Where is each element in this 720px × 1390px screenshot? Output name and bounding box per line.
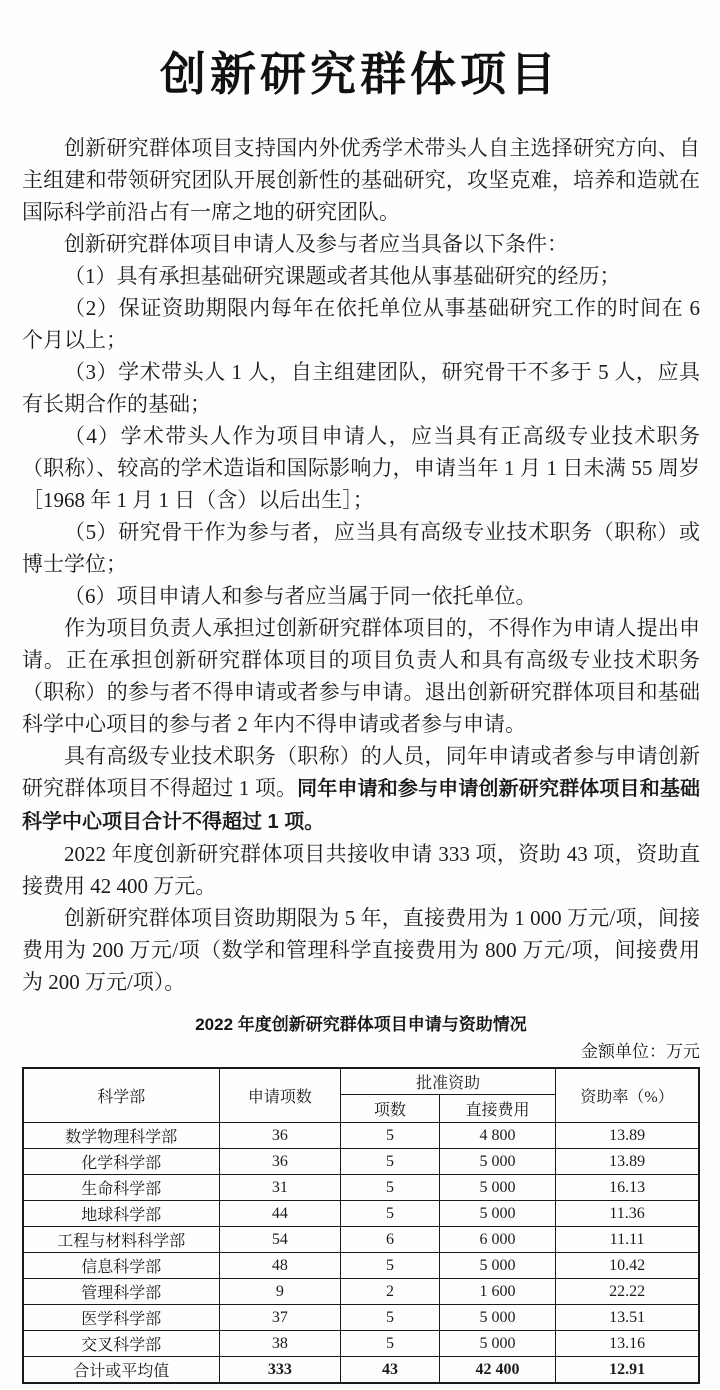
table-row-management-sciences: 管理科学部 9 2 1 600 22.22 <box>23 1279 699 1305</box>
paragraph-limit: 具有高级专业技术职务（职称）的人员，同年申请或者参与申请创新研究群体项目不得超过… <box>22 740 700 838</box>
paragraph-condition-6: （6）项目申请人和参与者应当属于同一依托单位。 <box>22 580 700 612</box>
cell-total-approved: 43 <box>341 1357 440 1384</box>
cell-approved: 5 <box>341 1305 440 1331</box>
cell-dept: 生命科学部 <box>23 1175 219 1201</box>
paragraph-condition-2: （2）保证资助期限内每年在依托单位从事基础研究工作的时间在 6 个月以上； <box>22 292 700 356</box>
cell-total-rate: 12.91 <box>556 1357 699 1384</box>
cell-applications: 36 <box>219 1123 341 1149</box>
cell-direct-cost: 5 000 <box>439 1149 555 1175</box>
cell-approved: 6 <box>341 1227 440 1253</box>
paragraph-intro: 创新研究群体项目支持国内外优秀学术带头人自主选择研究方向、自主组建和带领研究团队… <box>22 132 700 228</box>
cell-dept: 化学科学部 <box>23 1149 219 1175</box>
paragraph-condition-5: （5）研究骨干作为参与者，应当具有高级专业技术职务（职称）或博士学位； <box>22 516 700 580</box>
cell-direct-cost: 5 000 <box>439 1305 555 1331</box>
cell-dept: 数学物理科学部 <box>23 1123 219 1149</box>
cell-applications: 48 <box>219 1253 341 1279</box>
table-row-information-sciences: 信息科学部 48 5 5 000 10.42 <box>23 1253 699 1279</box>
table-row-medical-sciences: 医学科学部 37 5 5 000 13.51 <box>23 1305 699 1331</box>
column-header-direct-cost: 直接费用 <box>439 1095 555 1123</box>
cell-applications: 38 <box>219 1331 341 1357</box>
cell-total-direct-cost: 42 400 <box>439 1357 555 1384</box>
table-row-math-physics: 数学物理科学部 36 5 4 800 13.89 <box>23 1123 699 1149</box>
cell-rate: 11.36 <box>556 1201 699 1227</box>
cell-rate: 13.51 <box>556 1305 699 1331</box>
cell-applications: 54 <box>219 1227 341 1253</box>
cell-dept: 医学科学部 <box>23 1305 219 1331</box>
paragraph-funding-terms: 创新研究群体项目资助期限为 5 年，直接费用为 1 000 万元/项，间接费用为… <box>22 902 700 998</box>
table-row-earth-sciences: 地球科学部 44 5 5 000 11.36 <box>23 1201 699 1227</box>
cell-approved: 5 <box>341 1331 440 1357</box>
cell-rate: 16.13 <box>556 1175 699 1201</box>
cell-applications: 37 <box>219 1305 341 1331</box>
cell-direct-cost: 1 600 <box>439 1279 555 1305</box>
cell-dept: 地球科学部 <box>23 1201 219 1227</box>
funding-table-section: 2022 年度创新研究群体项目申请与资助情况 金额单位：万元 科学部 申请项数 … <box>22 1014 700 1384</box>
cell-rate: 13.89 <box>556 1123 699 1149</box>
cell-dept: 工程与材料科学部 <box>23 1227 219 1253</box>
cell-rate: 10.42 <box>556 1253 699 1279</box>
cell-dept: 交叉科学部 <box>23 1331 219 1357</box>
column-header-rate: 资助率（%） <box>556 1068 699 1123</box>
cell-direct-cost: 5 000 <box>439 1253 555 1279</box>
table-title: 2022 年度创新研究群体项目申请与资助情况 <box>22 1014 700 1036</box>
paragraph-statistics: 2022 年度创新研究群体项目共接收申请 333 项，资助 43 项，资助直接费… <box>22 838 700 902</box>
table-row-engineering-materials: 工程与材料科学部 54 6 6 000 11.11 <box>23 1227 699 1253</box>
cell-applications: 36 <box>219 1149 341 1175</box>
cell-approved: 2 <box>341 1279 440 1305</box>
column-header-applications: 申请项数 <box>219 1068 341 1123</box>
document-title: 创新研究群体项目 <box>0 44 720 104</box>
cell-dept: 管理科学部 <box>23 1279 219 1305</box>
document-page: 创新研究群体项目 创新研究群体项目支持国内外优秀学术带头人自主选择研究方向、自主… <box>0 0 720 1390</box>
cell-rate: 13.16 <box>556 1331 699 1357</box>
table-total-row: 合计或平均值 333 43 42 400 12.91 <box>23 1357 699 1384</box>
table-row-chemistry: 化学科学部 36 5 5 000 13.89 <box>23 1149 699 1175</box>
column-header-dept: 科学部 <box>23 1068 219 1123</box>
cell-direct-cost: 6 000 <box>439 1227 555 1253</box>
table-row-interdisciplinary-sciences: 交叉科学部 38 5 5 000 13.16 <box>23 1331 699 1357</box>
cell-rate: 22.22 <box>556 1279 699 1305</box>
paragraph-restrictions: 作为项目负责人承担过创新研究群体项目的，不得作为申请人提出申请。正在承担创新研究… <box>22 612 700 740</box>
cell-approved: 5 <box>341 1253 440 1279</box>
cell-direct-cost: 5 000 <box>439 1175 555 1201</box>
paragraph-condition-3: （3）学术带头人 1 人，自主组建团队，研究骨干不多于 5 人，应具有长期合作的… <box>22 356 700 420</box>
cell-applications: 31 <box>219 1175 341 1201</box>
document-body: 创新研究群体项目支持国内外优秀学术带头人自主选择研究方向、自主组建和带领研究团队… <box>22 132 700 998</box>
cell-direct-cost: 5 000 <box>439 1201 555 1227</box>
table-row-life-sciences: 生命科学部 31 5 5 000 16.13 <box>23 1175 699 1201</box>
cell-direct-cost: 5 000 <box>439 1331 555 1357</box>
cell-applications: 9 <box>219 1279 341 1305</box>
cell-total-applications: 333 <box>219 1357 341 1384</box>
cell-approved: 5 <box>341 1175 440 1201</box>
column-header-approved-group: 批准资助 <box>341 1068 556 1095</box>
table-unit-note: 金额单位：万元 <box>22 1041 700 1063</box>
cell-approved: 5 <box>341 1201 440 1227</box>
cell-rate: 11.11 <box>556 1227 699 1253</box>
cell-dept: 信息科学部 <box>23 1253 219 1279</box>
cell-applications: 44 <box>219 1201 341 1227</box>
cell-direct-cost: 4 800 <box>439 1123 555 1149</box>
cell-approved: 5 <box>341 1149 440 1175</box>
cell-approved: 5 <box>341 1123 440 1149</box>
paragraph-conditions-lead: 创新研究群体项目申请人及参与者应当具备以下条件： <box>22 228 700 260</box>
cell-rate: 13.89 <box>556 1149 699 1175</box>
cell-total-label: 合计或平均值 <box>23 1357 219 1384</box>
funding-table: 科学部 申请项数 批准资助 资助率（%） 项数 直接费用 数学物理科学部 36 … <box>22 1067 700 1384</box>
paragraph-condition-4: （4）学术带头人作为项目申请人，应当具有正高级专业技术职务（职称）、较高的学术造… <box>22 420 700 516</box>
table-header-row-1: 科学部 申请项数 批准资助 资助率（%） <box>23 1068 699 1095</box>
column-header-approved-count: 项数 <box>341 1095 440 1123</box>
paragraph-condition-1: （1）具有承担基础研究课题或者其他从事基础研究的经历； <box>22 260 700 292</box>
